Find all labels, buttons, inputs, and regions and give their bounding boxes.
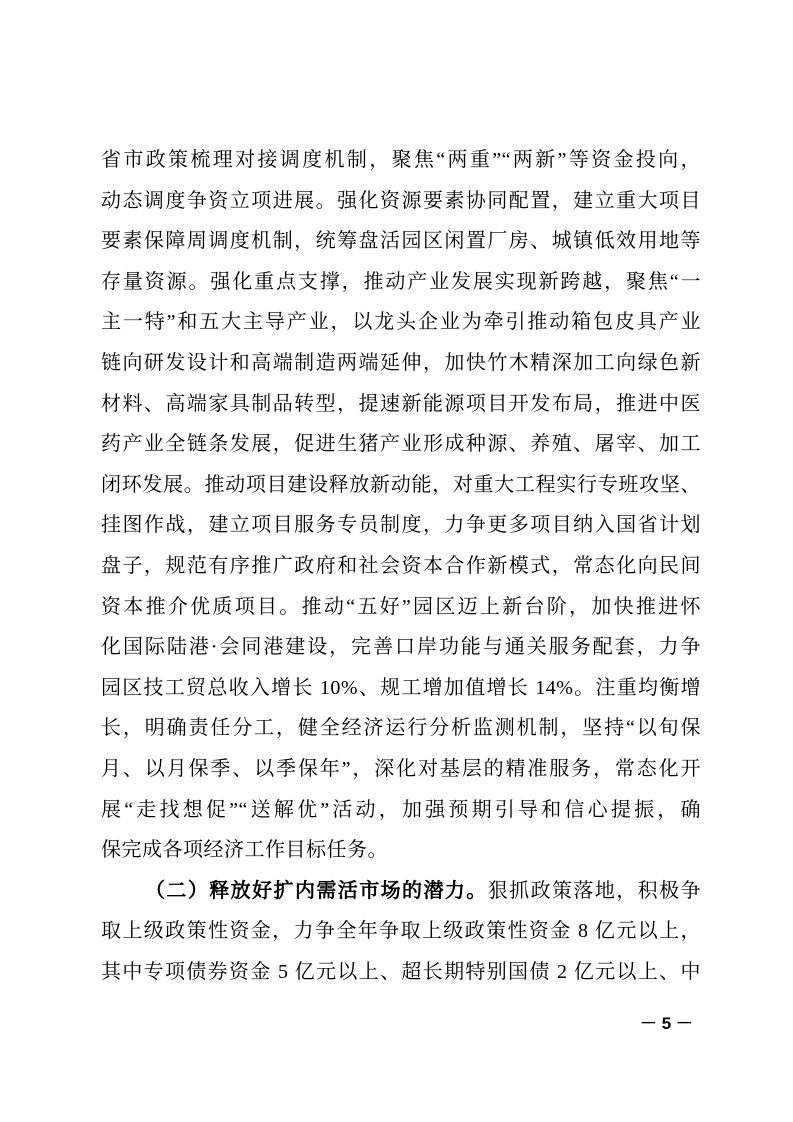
text-line-7: 材料、高端家具制品转型，提速新能源项目开发布局，推进中医	[101, 384, 701, 425]
text-line-8: 药产业全链条发展，促进生猪产业形成种源、养殖、屠宰、加工	[101, 424, 701, 465]
text-line-13: 化国际陆港·会同港建设，完善口岸功能与通关服务配套，力争	[101, 627, 701, 668]
text-line-3: 要素保障周调度机制，统筹盘活园区闲置厂房、城镇低效用地等	[101, 221, 701, 262]
text-segment: 存量资源。强化重点支撑，推动产业发展实现新跨越，聚焦“一	[101, 271, 701, 293]
text-segment: 长，明确责任分工，健全经济运行分析监测机制，坚持“以旬保	[101, 717, 701, 739]
document-page: 省市政策梳理对接调度机制，聚焦“两重”“两新”等资金投向，动态调度争资立项进展。…	[0, 0, 793, 1122]
body-text: 省市政策梳理对接调度机制，聚焦“两重”“两新”等资金投向，动态调度争资立项进展。…	[101, 140, 701, 992]
text-segment: 展“走找想促”“送解优”活动，加强预期引导和信心提振，确	[101, 799, 701, 821]
text-line-4: 存量资源。强化重点支撑，推动产业发展实现新跨越，聚焦“一	[101, 262, 701, 303]
text-segment: 挂图作战，建立项目服务专员制度，力争更多项目纳入国省计划	[101, 514, 701, 536]
text-segment: 链向研发设计和高端制造两端延伸，加快竹木精深加工向绿色新	[101, 352, 701, 374]
text-line-6: 链向研发设计和高端制造两端延伸，加快竹木精深加工向绿色新	[101, 343, 701, 384]
text-line-17: 展“走找想促”“送解优”活动，加强预期引导和信心提振，确	[101, 790, 701, 831]
text-segment: 狠抓政策落地，积极争	[488, 880, 701, 902]
text-segment: 材料、高端家具制品转型，提速新能源项目开发布局，推进中医	[101, 393, 701, 415]
text-segment: 化国际陆港·会同港建设，完善口岸功能与通关服务配套，力争	[101, 636, 701, 658]
text-segment: 盘子，规范有序推广政府和社会资本合作新模式，常态化向民间	[101, 555, 701, 577]
text-line-10: 挂图作战，建立项目服务专员制度，力争更多项目纳入国省计划	[101, 505, 701, 546]
text-segment: 月、以月保季、以季保年”，深化对基层的精准服务，常态化开	[101, 758, 701, 780]
text-line-18: 保完成各项经济工作目标任务。	[101, 830, 701, 871]
text-line-14: 园区技工贸总收入增长 10%、规工增加值增长 14%。注重均衡增	[101, 668, 701, 709]
text-line-15: 长，明确责任分工，健全经济运行分析监测机制，坚持“以旬保	[101, 708, 701, 749]
text-segment: 主一特”和五大主导产业，以龙头企业为牵引推动箱包皮具产业	[101, 311, 701, 333]
text-segment: 省市政策梳理对接调度机制，聚焦“两重”“两新”等资金投向，	[101, 149, 701, 171]
text-line-21: 其中专项债券资金 5 亿元以上、超长期特别国债 2 亿元以上、中	[101, 952, 701, 993]
text-segment: 药产业全链条发展，促进生猪产业形成种源、养殖、屠宰、加工	[101, 433, 701, 455]
text-line-16: 月、以月保季、以季保年”，深化对基层的精准服务，常态化开	[101, 749, 701, 790]
page-number: － 5 －	[640, 1012, 700, 1036]
text-line-11: 盘子，规范有序推广政府和社会资本合作新模式，常态化向民间	[101, 546, 701, 587]
text-segment: 资本推介优质项目。推动“五好”园区迈上新台阶，加快推进怀	[101, 596, 701, 618]
heading-segment: （二）释放好扩内需活市场的潜力。	[145, 880, 488, 902]
text-line-12: 资本推介优质项目。推动“五好”园区迈上新台阶，加快推进怀	[101, 587, 701, 628]
text-segment: 保完成各项经济工作目标任务。	[101, 839, 388, 861]
text-line-1: 省市政策梳理对接调度机制，聚焦“两重”“两新”等资金投向，	[101, 140, 701, 181]
text-segment: 要素保障周调度机制，统筹盘活园区闲置厂房、城镇低效用地等	[101, 230, 701, 252]
text-line-5: 主一特”和五大主导产业，以龙头企业为牵引推动箱包皮具产业	[101, 302, 701, 343]
text-segment: 闭环发展。推动项目建设释放新动能，对重大工程实行专班攻坚、	[101, 474, 701, 496]
text-segment: 园区技工贸总收入增长 10%、规工增加值增长 14%。注重均衡增	[101, 677, 701, 699]
text-segment: 取上级政策性资金，力争全年争取上级政策性资金 8 亿元以上，	[101, 920, 701, 942]
text-line-2: 动态调度争资立项进展。强化资源要素协同配置，建立重大项目	[101, 181, 701, 222]
text-segment: 其中专项债券资金 5 亿元以上、超长期特别国债 2 亿元以上、中	[101, 961, 701, 983]
text-segment: 动态调度争资立项进展。强化资源要素协同配置，建立重大项目	[101, 190, 701, 212]
text-line-9: 闭环发展。推动项目建设释放新动能，对重大工程实行专班攻坚、	[101, 465, 701, 506]
text-line-19: （二）释放好扩内需活市场的潜力。狠抓政策落地，积极争	[101, 871, 701, 912]
text-line-20: 取上级政策性资金，力争全年争取上级政策性资金 8 亿元以上，	[101, 911, 701, 952]
